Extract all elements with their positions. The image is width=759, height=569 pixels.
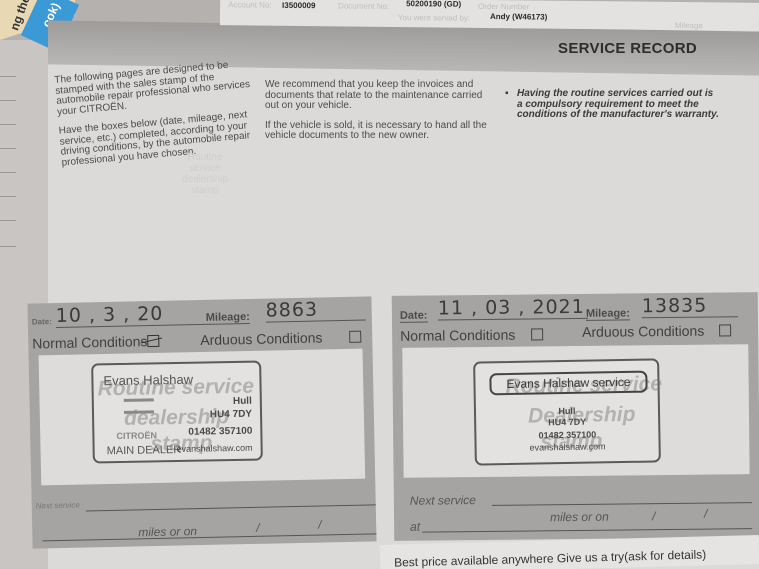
entry-1-date-label: Date:	[32, 317, 52, 326]
intro-middle-p2: If the vehicle is sold, it is necessary …	[265, 121, 497, 142]
footer-promo-text: Best price available anywhere Give us a …	[394, 547, 706, 569]
account-label: Account No:	[228, 0, 272, 9]
citroen-chevron-icon	[124, 410, 154, 417]
ghost-watermark: Routine service dealership stamp	[155, 152, 255, 196]
document-label: Document No:	[338, 1, 389, 11]
document-value: 50200190 (GD)	[406, 0, 461, 9]
warranty-note: ▪ Having the routine services carried ou…	[505, 89, 720, 121]
ghost-line: stamp	[155, 185, 255, 196]
stamp-1-website: evanshalshaw.com	[177, 443, 253, 454]
stamp-2-dealer-name: Evans Halshaw service	[489, 371, 647, 396]
stamp-2-website: evanshalshaw.com	[477, 440, 659, 453]
page-title: SERVICE RECORD	[558, 40, 697, 57]
account-value: I3500009	[282, 1, 315, 10]
warranty-note-text: Having the routine services carried out …	[517, 88, 719, 120]
served-label: You were served by:	[398, 13, 470, 23]
entry-2-next-label: Next service	[410, 493, 476, 508]
entry-2-conditions: Normal Conditions Arduous Conditions	[400, 322, 750, 346]
date-separator: /	[256, 521, 260, 535]
entry-2-mileage-label: Mileage:	[586, 307, 630, 320]
entry-2-at-label: at	[410, 520, 420, 534]
entry-2-date-mileage: Date: 11 , 03 , 2021 Mileage: 13835	[400, 300, 750, 324]
stamp-1-city: Hull	[233, 396, 252, 407]
stamp-1-postcode: HU4 7DY	[210, 409, 252, 421]
served-value: Andy (W46173)	[490, 12, 547, 22]
entry-1-arduous-label: Arduous Conditions	[200, 329, 322, 348]
date-separator: /	[318, 518, 322, 532]
entry-2-date-label: Date:	[400, 310, 428, 323]
date-separator: /	[704, 507, 707, 521]
stamp-1-brand: CITROËN	[116, 430, 157, 441]
entry-2-arduous-checkbox[interactable]	[719, 324, 731, 336]
stamp-1-dealer-type: MAIN DEALER	[107, 444, 182, 457]
intro-middle-p1: We recommend that you keep the invoices …	[265, 80, 497, 112]
entry-2-normal-label: Normal Conditions	[400, 327, 515, 344]
entry-1-normal-label: Normal Conditions	[32, 333, 147, 351]
entry-2-date-value[interactable]: 11 , 03 , 2021	[438, 296, 588, 321]
order-label: Order Number	[478, 2, 529, 12]
entry-1-next-label: Next service	[36, 501, 80, 511]
entry-2-miles-label: miles or on	[550, 510, 609, 525]
bullet-icon: ▪	[505, 89, 509, 100]
entry-2-next-line[interactable]	[492, 502, 752, 506]
entry-1-miles-line[interactable]	[42, 533, 376, 541]
entry-1-mileage-value[interactable]: 8863	[265, 298, 365, 323]
dealer-stamp-2: Routine service Dealership stamp Evans H…	[473, 358, 661, 465]
ghost-line: Routine	[155, 152, 255, 163]
entry-2-normal-checkbox[interactable]	[531, 328, 543, 340]
ghost-line: service	[155, 163, 255, 174]
mileage-label: Mileage	[675, 21, 703, 30]
stamp-1-phone: 01482 357100	[188, 426, 252, 438]
entry-1-date-value[interactable]: 10 , 3 , 20	[56, 302, 206, 328]
entry-2-next-service: Next service at miles or on / /	[404, 478, 750, 482]
entry-1-mileage-label: Mileage:	[206, 311, 250, 325]
stamp-1-dealer-name: Evans Halshaw	[103, 372, 193, 389]
entry-1-arduous-checkbox[interactable]	[349, 331, 361, 343]
citroen-chevron-icon	[124, 398, 154, 405]
intro-middle: We recommend that you keep the invoices …	[265, 80, 497, 151]
ghost-line: dealership	[155, 174, 255, 185]
service-record-photo: ng the ook) Account No: I3500009 Documen…	[0, 0, 759, 569]
stamp-2-phone: 01482 357100	[476, 428, 658, 441]
entry-2-arduous-label: Arduous Conditions	[582, 323, 704, 340]
dealer-stamp-1: Routine service dealership stamp Evans H…	[91, 361, 263, 464]
entry-1-next-line[interactable]	[86, 504, 376, 511]
entry-2-mileage-value[interactable]: 13835	[642, 294, 738, 318]
date-separator: /	[652, 509, 655, 523]
entry-2-miles-line[interactable]	[422, 528, 752, 532]
